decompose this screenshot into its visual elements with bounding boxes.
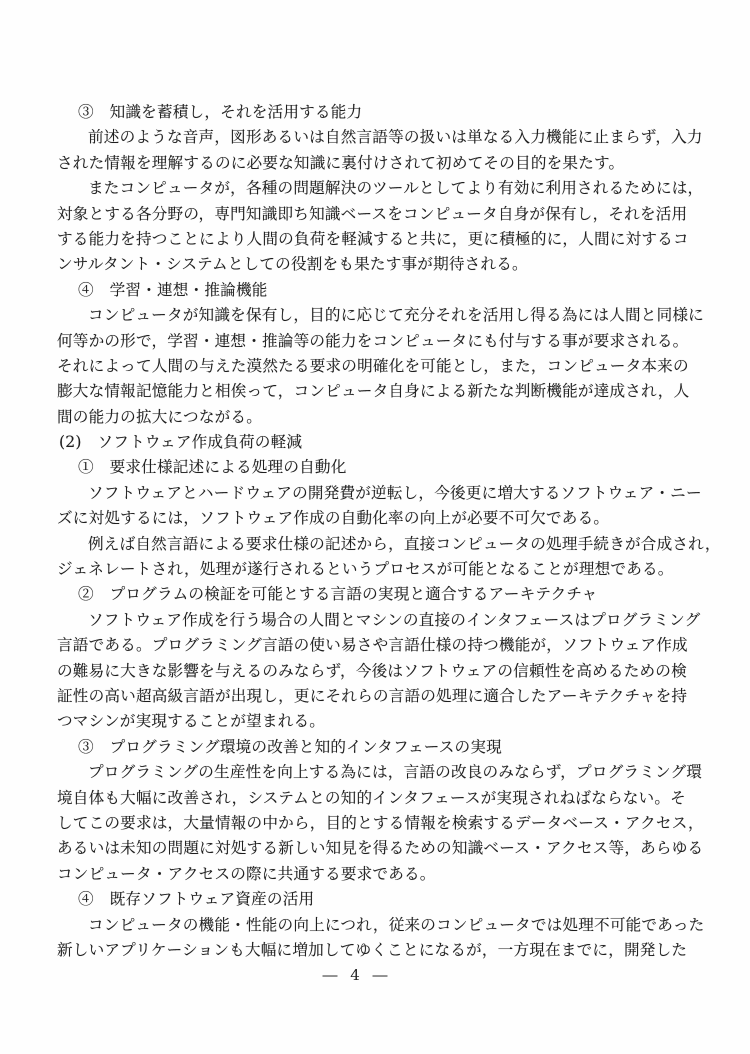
scanned-document-page: ③ 知識を蓄積し，それを活用する能力 前述のような音声，図形あるいは自然言語等の…: [0, 0, 750, 1054]
text-line: 例えば自然言語による要求仕様の記述から，直接コンピュータの処理手続きが合成され，: [57, 532, 697, 557]
text-line: 膨大な情報記憶能力と相俟って，コンピュータ自身による新たな判断機能が達成され，人: [57, 379, 697, 404]
text-line: 境自体も大幅に改善され，システムとの知的インタフェースが実現されねばならない。そ: [57, 786, 697, 811]
text-line: またコンピュータが，各種の問題解決のツールとしてより有効に利用されるためには，: [57, 176, 697, 201]
text-line: 証性の高い超高級言語が出現し，更にそれらの言語の処理に適合したアーキテクチャを持: [57, 684, 697, 709]
heading-line: ④ 学習・連想・推論機能: [57, 278, 697, 303]
document-body: ③ 知識を蓄積し，それを活用する能力 前述のような音声，図形あるいは自然言語等の…: [57, 100, 697, 963]
heading-line: ③ プログラミング環境の改善と知的インタフェースの実現: [57, 735, 697, 760]
text-line: ズに対処するには，ソフトウェア作成の自動化率の向上が必要不可欠である。: [57, 506, 697, 531]
text-line: あるいは未知の問題に対処する新しい知見を得るための知識ベース・アクセス等，あらゆ…: [57, 836, 697, 861]
text-line: の難易に大きな影響を与えるのみならず，今後はソフトウェアの信頼性を高めるための検: [57, 659, 697, 684]
text-line: してこの要求は，大量情報の中から，目的とする情報を検索するデータベース・アクセス…: [57, 811, 697, 836]
text-line: 何等かの形で，学習・連想・推論等の能力をコンピュータにも付与する事が要求される。: [57, 329, 697, 354]
text-line: ソフトウェアとハードウェアの開発費が逆転し，今後更に増大するソフトウェア・ニー: [57, 481, 697, 506]
text-line: 間の能力の拡大につながる。: [57, 405, 697, 430]
heading-line: ③ 知識を蓄積し，それを活用する能力: [57, 100, 697, 125]
text-line: ンサルタント・システムとしての役割をも果たす事が期待される。: [57, 252, 697, 277]
text-line: それによって人間の与えた漠然たる要求の明確化を可能とし，また，コンピュータ本来の: [57, 354, 697, 379]
heading-line: ① 要求仕様記述による処理の自動化: [57, 455, 697, 480]
text-line: ソフトウェア作成を行う場合の人間とマシンの直接のインタフェースはプログラミング: [57, 608, 697, 633]
text-line: プログラミングの生産性を向上する為には，言語の改良のみならず，プログラミング環: [57, 760, 697, 785]
page-number: ― 4 ―: [57, 966, 657, 984]
text-line: する能力を持つことにより人間の負荷を軽減すると共に，更に積極的に，人間に対するコ: [57, 227, 697, 252]
text-line: 前述のような音声，図形あるいは自然言語等の扱いは単なる入力機能に止まらず，入力: [57, 125, 697, 150]
text-line: 新しいアプリケーションも大幅に増加してゆくことになるが，一方現在までに，開発した: [57, 938, 697, 963]
text-line: コンピュータ・アクセスの際に共通する要求である。: [57, 862, 697, 887]
text-line: コンピュータが知識を保有し，目的に応じて充分それを活用し得る為には人間と同様に: [57, 303, 697, 328]
text-line: ジェネレートされ，処理が遂行されるというプロセスが可能となることが理想である。: [57, 557, 697, 582]
text-line: 言語である。プログラミング言語の使い易さや言語仕様の持つ機能が，ソフトウェア作成: [57, 633, 697, 658]
text-line: 対象とする各分野の，専門知識即ち知識ベースをコンピュータ自身が保有し，それを活用: [57, 202, 697, 227]
section-heading-line: (2) ソフトウェア作成負荷の軽減: [57, 430, 697, 455]
text-line: コンピュータの機能・性能の向上につれ，従来のコンピュータでは処理不可能であった: [57, 913, 697, 938]
heading-line: ② プログラムの検証を可能とする言語の実現と適合するアーキテクチャ: [57, 582, 697, 607]
heading-line: ④ 既存ソフトウェア資産の活用: [57, 887, 697, 912]
text-line: つマシンが実現することが望まれる。: [57, 709, 697, 734]
text-line: された情報を理解するのに必要な知識に裏付けされて初めてその目的を果たす。: [57, 151, 697, 176]
